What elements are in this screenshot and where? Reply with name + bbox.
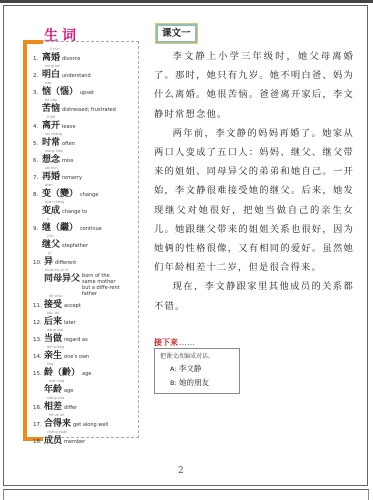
lesson-tag: 课文一 [156, 24, 197, 43]
vocab-hanzi: 异 [44, 256, 53, 268]
vocab-hanzi: 变（變） [42, 188, 78, 200]
vocab-accent-bar [23, 40, 27, 441]
vocab-hanzi: 恼（惱） [42, 86, 78, 98]
vocab-hanzi: 继（繼） [42, 222, 78, 234]
vocab-item: shí cháng5.时常often [33, 132, 137, 149]
role-a: A: 李文静 [160, 362, 234, 376]
vocab-accent-top [23, 40, 43, 44]
vocab-hanzi: 继父 [42, 239, 60, 251]
vocab-hanzi: 变成 [42, 205, 60, 217]
vocab-item: dàng zuò13.当做regard as [33, 328, 137, 345]
vocab-item: jì9.继（繼）continue [33, 217, 137, 234]
vocab-item: xiǎng niàn6.想念miss [33, 149, 137, 166]
vocab-hanzi: 离开 [42, 120, 60, 132]
vocab-hanzi: 成员 [44, 435, 62, 447]
vocab-item: biàn chéng变成change to [33, 200, 137, 217]
role-label: A: [170, 365, 177, 373]
role-label: B: [170, 379, 177, 387]
vocab-number: 18. [33, 436, 44, 448]
vocab-hanzi: 接受 [44, 299, 62, 311]
vocab-item: jì fù继父stepfather [33, 234, 137, 251]
vocab-item: nǎo3.恼（惱）upset [33, 81, 137, 98]
vocab-hanzi: 再婚 [42, 171, 60, 183]
vocab-hanzi: 想念 [42, 154, 60, 166]
lesson-passage: 李文静上小学三年级时，她父母离婚了。那时，她只有九岁。她不明白爸、妈为什么离婚。… [154, 47, 354, 316]
vocab-item: jiē shòu11.接受accept [33, 294, 137, 311]
task-box: 把课文改编成对话。 A: 李文静 B: 她的朋友 [154, 348, 240, 394]
vocab-item: hé de lái17.合得来get along well [33, 413, 137, 430]
vocab-item: kǔ nǎo苦恼distressed; frustrated [33, 98, 137, 115]
vocab-item: chéng yuán18.成员member [33, 430, 137, 447]
paragraph: 两年前，李文静的妈妈再婚了。她家从两口人变成了五口人：妈妈、继父、继父带来的姐姐… [154, 124, 354, 278]
vocab-hanzi: 时常 [42, 137, 60, 149]
vocab-hanzi: 亲生 [44, 350, 62, 362]
paragraph: 现在，李文静跟家里其他成员的关系都不错。 [154, 277, 354, 315]
vocab-hanzi: 后来 [44, 316, 62, 328]
vocab-hanzi: 苦恼 [42, 103, 60, 115]
role-name: 李文静 [179, 364, 202, 373]
next-page-edge [3, 489, 369, 500]
vocab-item: biàn8.变（變）change [33, 183, 137, 200]
page-number: 2 [178, 466, 184, 476]
vocab-hanzi: 年龄 [44, 384, 62, 396]
role-name: 她的朋友 [179, 378, 209, 387]
next-dots: …… [179, 338, 195, 347]
vocab-item: lí hūn1.离婚divorce [33, 47, 137, 64]
vocab-hanzi: 同母异父 [44, 273, 80, 285]
vocab-item: zài hūn7.再婚remarry [33, 166, 137, 183]
task-instruction: 把课文改编成对话。 [160, 352, 234, 362]
next-label-text: 接下来 [154, 338, 178, 347]
vocab-hanzi: 明白 [42, 69, 60, 81]
vocab-hanzi: 合得来 [44, 418, 71, 430]
vocab-hanzi: 相差 [44, 401, 62, 413]
vocab-item: yì10.异different [33, 251, 137, 268]
vocab-hanzi: 离婚 [42, 52, 60, 64]
paragraph: 李文静上小学三年级时，她父母离婚了。那时，她只有九岁。她不明白爸、妈为什么离婚。… [154, 47, 354, 124]
vocab-hanzi: 龄（齡） [44, 367, 80, 379]
vocab-list: lí hūn1.离婚divorce míng bai2.明白understand… [33, 47, 137, 447]
vocab-item: líng15.龄（齡）age [33, 362, 137, 379]
vocab-english: member [64, 436, 85, 448]
vocab-hanzi: 当做 [44, 333, 62, 345]
vocab-item: qīn shēng14.亲生one's own [33, 345, 137, 362]
vocab-item: hòu lái12.后来later [33, 311, 137, 328]
vocab-item: míng bai2.明白understand [33, 64, 137, 81]
top-border [0, 0, 373, 3]
vocab-item: tóng mǔ yì fù同母异父born of the same mother… [33, 268, 137, 294]
vocab-item: xiāng chà16.相差differ [33, 396, 137, 413]
next-section-label: 接下来…… [154, 337, 195, 348]
role-b: B: 她的朋友 [160, 376, 234, 390]
vocab-item: nián líng年龄age [33, 379, 137, 396]
vocab-item: lí kāi4.离开leave [33, 115, 137, 132]
